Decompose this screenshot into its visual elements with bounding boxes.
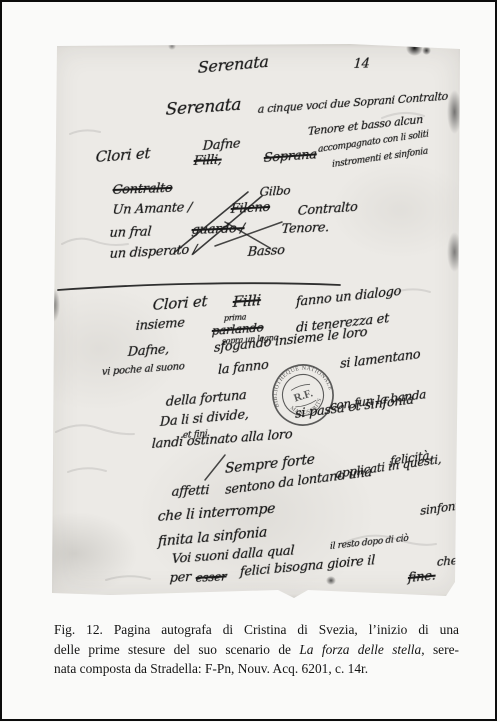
ink-rule [58,283,340,290]
pen-strokes [50,44,462,598]
caption-line-2: delle prime stesure del suo scenario de … [54,640,459,660]
manuscript-photo: BIBLIOTHÈQUE NATIONALE MANUSCRITS R.F. 1… [50,44,462,598]
caption-line-2-post: , sere- [421,642,459,657]
book-page: BIBLIOTHÈQUE NATIONALE MANUSCRITS R.F. 1… [0,0,500,722]
caption-title-italic: La forza delle stella [299,642,421,657]
caption-line-3: nata composta da Stradella: F-Pn, Nouv. … [54,659,459,679]
figure-caption: Fig. 12. Pagina autografa di Cristina di… [54,620,459,679]
caption-line-1: Fig. 12. Pagina autografa di Cristina di… [54,620,459,640]
caption-line-2-pre: delle prime stesure del suo scenario de [54,642,299,657]
